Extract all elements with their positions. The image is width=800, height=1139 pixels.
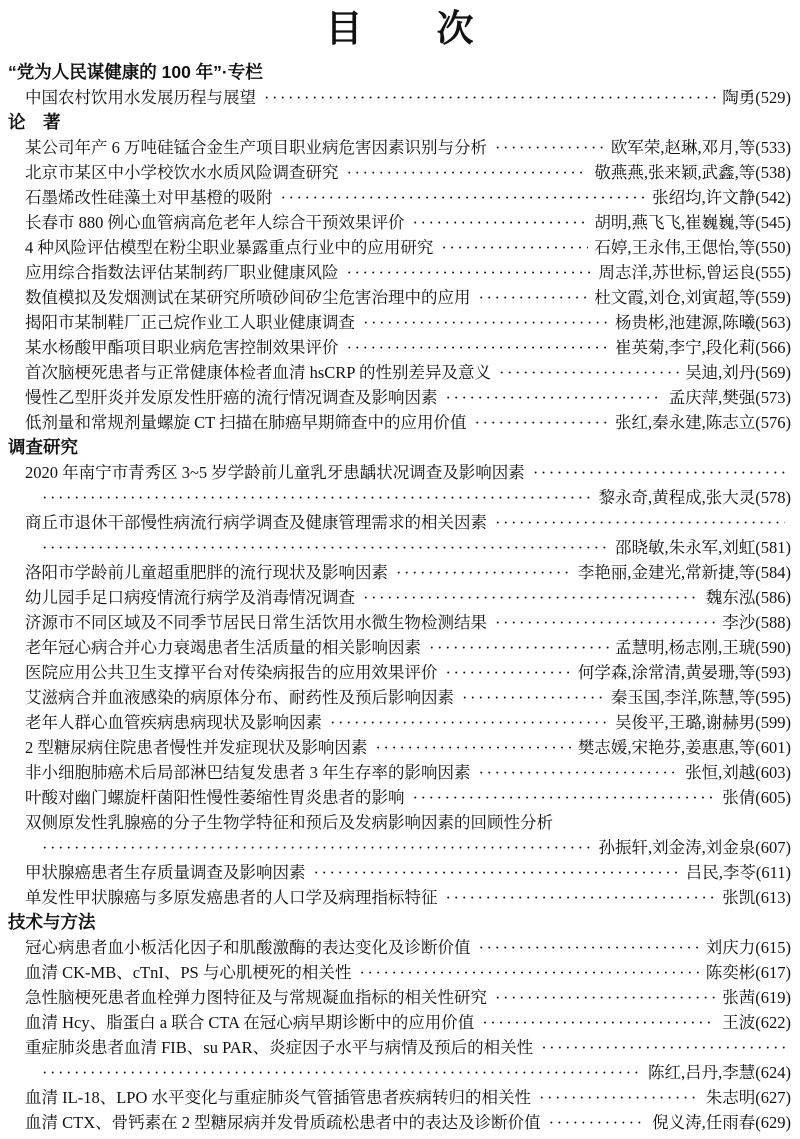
toc-entry: 2 型糖尿病住院患者慢性并发症现状及影响因素··················… — [8, 735, 791, 760]
toc-entry: 医院应用公共卫生支撑平台对传染病报告的应用效果评价···············… — [8, 660, 791, 685]
toc-entry: 4 种风险评估模型在粉尘职业暴露重点行业中的应用研究··············… — [8, 235, 791, 260]
dot-leader: ········································… — [347, 160, 589, 185]
dot-leader: ········································… — [539, 1085, 700, 1110]
entry-title: 急性脑梗死患者血栓弹力图特征及与常规凝血指标的相关性研究 — [25, 985, 487, 1010]
toc-entry: 血清 CTX、骨钙素在 2 型糖尿病并发骨质疏松患者中的表达及诊断价值·····… — [8, 1110, 791, 1135]
dot-leader: ········································… — [446, 885, 717, 910]
toc-entry: 艾滋病合并血液感染的病原体分布、耐药性及预后影响因素··············… — [8, 685, 791, 710]
dot-leader: ········································… — [475, 410, 609, 435]
toc-entry: 揭阳市某制鞋厂正己烷作业工人职业健康调查····················… — [8, 310, 791, 335]
entry-title: 冠心病患者血小板活化因子和肌酸激酶的表达变化及诊断价值 — [25, 935, 471, 960]
dot-leader: ········································… — [363, 585, 700, 610]
toc-entry: 应用综合指数法评估某制药厂职业健康风险·····················… — [8, 260, 791, 285]
dot-leader: ········································… — [533, 460, 785, 485]
toc-entry: 石墨烯改性硅藻土对甲基橙的吸附·························… — [8, 185, 791, 210]
entry-title: 2020 年南宁市青秀区 3~5 岁学龄前儿童乳牙患龋状况调查及影响因素 — [25, 460, 525, 485]
toc-section: 技术与方法冠心病患者血小板活化因子和肌酸激酶的表达变化及诊断价值········… — [8, 910, 791, 1135]
entry-authors-page: 石婷,王永伟,王偲怡,等(550) — [594, 235, 791, 260]
entry-authors-page: 崔英菊,李宁,段化莉(566) — [615, 335, 791, 360]
toc-entry: 重症肺炎患者血清 FIB、su PAR、炎症因子水平与病情及预后的相关性····… — [8, 1035, 791, 1085]
entry-title: 重症肺炎患者血清 FIB、su PAR、炎症因子水平与病情及预后的相关性 — [25, 1035, 533, 1060]
toc-entry: 某公司年产 6 万吨硅锰合金生产项目职业病危害因素识别与分析··········… — [8, 135, 791, 160]
entry-title: 血清 IL-18、LPO 水平变化与重症肺炎气管插管患者疾病转归的相关性 — [25, 1085, 531, 1110]
entry-title-line: 2020 年南宁市青秀区 3~5 岁学龄前儿童乳牙患龋状况调查及影响因素····… — [8, 460, 791, 485]
entry-authors-page: 杨贵彬,池建源,陈曦(563) — [615, 310, 791, 335]
dot-leader: ········································… — [347, 260, 593, 285]
section-heading: 调查研究 — [8, 435, 791, 460]
entry-authors-line: ········································… — [8, 535, 791, 560]
entry-title: 慢性乙型肝炎并发原发性肝癌的流行情况调查及影响因素 — [25, 385, 438, 410]
dot-leader: ········································… — [359, 960, 699, 985]
section-heading: 论 著 — [8, 110, 791, 135]
entry-authors-page: 魏东泓(586) — [706, 585, 791, 610]
entry-authors-page: 张凯(613) — [722, 885, 791, 910]
entry-authors-page: 张绍均,许文静(542) — [652, 185, 791, 210]
entry-authors-page: 何学森,涂常清,黄晏珊,等(593) — [578, 660, 791, 685]
toc-section: 调查研究2020 年南宁市青秀区 3~5 岁学龄前儿童乳牙患龋状况调查及影响因素… — [8, 435, 791, 910]
entry-authors-line: ········································… — [8, 485, 791, 510]
toc-section: “党为人民谋健康的 100 年”·专栏中国农村饮用水发展历程与展望·······… — [8, 60, 791, 110]
entry-authors-page: 孟庆萍,樊强(573) — [669, 385, 791, 410]
entry-title: 应用综合指数法评估某制药厂职业健康风险 — [25, 260, 339, 285]
entry-title: 商丘市退休干部慢性病流行病学调查及健康管理需求的相关因素 — [25, 510, 487, 535]
entry-authors-page: 吕民,李苓(611) — [686, 860, 791, 885]
dot-leader: ········································… — [495, 135, 605, 160]
dot-leader: ········································… — [462, 685, 605, 710]
toc-entry: 首次脑梗死患者与正常健康体检者血清 hsCRP 的性别差异及意义········… — [8, 360, 791, 385]
entry-title: 叶酸对幽门螺旋杆菌阳性慢性萎缩性胃炎患者的影响 — [25, 785, 405, 810]
dot-leader: ········································… — [42, 535, 609, 560]
entry-authors-page: 秦玉国,李洋,陈慧,等(595) — [611, 685, 791, 710]
toc-entry: 低剂量和常规剂量螺旋 CT 扫描在肺癌早期筛查中的应用价值···········… — [8, 410, 791, 435]
dot-leader: ········································… — [499, 360, 679, 385]
entry-authors-page: 王波(622) — [722, 1010, 791, 1035]
entry-title: 幼儿园手足口病疫情流行病学及消毒情况调查 — [25, 585, 355, 610]
entry-title: 数值模拟及发烟测试在某研究所喷砂间矽尘危害治理中的应用 — [25, 285, 471, 310]
entry-title: 非小细胞肺癌术后局部淋巴结复发患者 3 年生存率的影响因素 — [25, 760, 471, 785]
entry-authors-page: 樊志媛,宋艳芬,姜惠惠,等(601) — [578, 735, 791, 760]
entry-authors-page: 欧军荣,赵琳,邓月,等(533) — [611, 135, 791, 160]
entry-authors-page: 李沙(588) — [722, 610, 791, 635]
toc-sections: “党为人民谋健康的 100 年”·专栏中国农村饮用水发展历程与展望·······… — [8, 60, 791, 1135]
entry-authors-page: 邵晓敏,朱永军,刘虹(581) — [615, 535, 791, 560]
toc-section: 论 著某公司年产 6 万吨硅锰合金生产项目职业病危害因素识别与分析·······… — [8, 110, 791, 435]
entry-title: 2 型糖尿病住院患者慢性并发症现状及影响因素 — [25, 735, 367, 760]
toc-entry: 非小细胞肺癌术后局部淋巴结复发患者 3 年生存率的影响因素···········… — [8, 760, 791, 785]
toc-entry: 某水杨酸甲酯项目职业病危害控制效果评价·····················… — [8, 335, 791, 360]
dot-leader: ········································… — [347, 335, 610, 360]
entry-authors-line: ········································… — [8, 1060, 791, 1085]
entry-title: 中国农村饮用水发展历程与展望 — [25, 85, 256, 110]
dot-leader: ········································… — [281, 185, 647, 210]
entry-title: 艾滋病合并血液感染的病原体分布、耐药性及预后影响因素 — [25, 685, 454, 710]
dot-leader: ········································… — [541, 1035, 785, 1060]
toc-entry: 济源市不同区域及不同季节居民日常生活饮用水微生物检测结果············… — [8, 610, 791, 635]
dot-leader: ········································… — [479, 285, 589, 310]
entry-title: 洛阳市学龄前儿童超重肥胖的流行现状及影响因素 — [25, 560, 388, 585]
dot-leader: ········································… — [264, 85, 716, 110]
dot-leader: ········································… — [413, 210, 589, 235]
dot-leader: ········································… — [314, 860, 680, 885]
entry-authors-page: 陶勇(529) — [722, 85, 791, 110]
dot-leader: ········································… — [42, 1060, 642, 1085]
toc-entry: 老年冠心病合并心力衰竭患者生活质量的相关影响因素················… — [8, 635, 791, 660]
entry-title: 石墨烯改性硅藻土对甲基橙的吸附 — [25, 185, 273, 210]
entry-authors-page: 张茜(619) — [722, 985, 791, 1010]
entry-title: 某公司年产 6 万吨硅锰合金生产项目职业病危害因素识别与分析 — [25, 135, 487, 160]
dot-leader: ········································… — [396, 560, 572, 585]
entry-authors-page: 张红,秦永建,陈志立(576) — [615, 410, 791, 435]
toc-entry: 单发性甲状腺癌与多原发癌患者的人口学及病理指标特征···············… — [8, 885, 791, 910]
dot-leader: ········································… — [479, 760, 680, 785]
entry-authors-page: 黎永奇,黄程成,张大灵(578) — [599, 485, 792, 510]
dot-leader: ········································… — [441, 235, 588, 260]
toc-entry: 2020 年南宁市青秀区 3~5 岁学龄前儿童乳牙患龋状况调查及影响因素····… — [8, 460, 791, 510]
toc-entry: 甲状腺癌患者生存质量调查及影响因素·······················… — [8, 860, 791, 885]
dot-leader: ········································… — [495, 985, 716, 1010]
dot-leader: ········································… — [495, 610, 716, 635]
dot-leader: ········································… — [429, 635, 609, 660]
entry-authors-page: 倪义涛,任雨春(629) — [652, 1110, 791, 1135]
entry-title: 某水杨酸甲酯项目职业病危害控制效果评价 — [25, 335, 339, 360]
entry-title: 血清 CK-MB、cTnI、PS 与心肌梗死的相关性 — [25, 960, 351, 985]
toc-entry: 幼儿园手足口病疫情流行病学及消毒情况调查····················… — [8, 585, 791, 610]
entry-authors-page: 吴俊平,王璐,谢赫男(599) — [615, 710, 791, 735]
toc-entry: 北京市某区中小学校饮水水质风险调查研究·····················… — [8, 160, 791, 185]
toc-entry: 商丘市退休干部慢性病流行病学调查及健康管理需求的相关因素············… — [8, 510, 791, 560]
entry-title: 双侧原发性乳腺癌的分子生物学特征和预后及发病影响因素的回顾性分析 — [25, 810, 553, 835]
toc-page: 目 次 “党为人民谋健康的 100 年”·专栏中国农村饮用水发展历程与展望···… — [0, 0, 800, 1139]
section-heading: “党为人民谋健康的 100 年”·专栏 — [8, 60, 791, 85]
entry-authors-page: 杜文霞,刘仓,刘寅超,等(559) — [594, 285, 791, 310]
entry-title: 揭阳市某制鞋厂正己烷作业工人职业健康调查 — [25, 310, 355, 335]
dot-leader: ········································… — [549, 1110, 647, 1135]
toc-entry: 冠心病患者血小板活化因子和肌酸激酶的表达变化及诊断价值·············… — [8, 935, 791, 960]
entry-authors-page: 陈红,吕丹,李慧(624) — [648, 1060, 791, 1085]
entry-title: 首次脑梗死患者与正常健康体检者血清 hsCRP 的性别差异及意义 — [25, 360, 491, 385]
entry-authors-page: 周志洋,苏世标,曾运良(555) — [599, 260, 792, 285]
toc-entry: 血清 IL-18、LPO 水平变化与重症肺炎气管插管患者疾病转归的相关性····… — [8, 1085, 791, 1110]
page-title: 目 次 — [8, 8, 791, 52]
entry-authors-page: 孟慧明,杨志刚,王琥(590) — [615, 635, 791, 660]
entry-title: 甲状腺癌患者生存质量调查及影响因素 — [25, 860, 306, 885]
entry-authors-page: 张恒,刘越(603) — [685, 760, 791, 785]
section-heading: 技术与方法 — [8, 910, 791, 935]
entry-title: 血清 CTX、骨钙素在 2 型糖尿病并发骨质疏松患者中的表达及诊断价值 — [25, 1110, 541, 1135]
entry-title: 医院应用公共卫生支撑平台对传染病报告的应用效果评价 — [25, 660, 438, 685]
dot-leader: ········································… — [413, 785, 717, 810]
toc-entry: 数值模拟及发烟测试在某研究所喷砂间矽尘危害治理中的应用·············… — [8, 285, 791, 310]
entry-title: 北京市某区中小学校饮水水质风险调查研究 — [25, 160, 339, 185]
entry-authors-page: 胡明,燕飞飞,崔巍巍,等(545) — [594, 210, 791, 235]
toc-entry: 叶酸对幽门螺旋杆菌阳性慢性萎缩性胃炎患者的影响·················… — [8, 785, 791, 810]
dot-leader: ········································… — [375, 735, 572, 760]
dot-leader: ········································… — [446, 660, 572, 685]
dot-leader: ········································… — [42, 485, 593, 510]
entry-authors-page: 陈奕彬(617) — [706, 960, 791, 985]
entry-title-line: 重症肺炎患者血清 FIB、su PAR、炎症因子水平与病情及预后的相关性····… — [8, 1035, 791, 1060]
toc-entry: 急性脑梗死患者血栓弹力图特征及与常规凝血指标的相关性研究············… — [8, 985, 791, 1010]
toc-entry: 双侧原发性乳腺癌的分子生物学特征和预后及发病影响因素的回顾性分析········… — [8, 810, 791, 860]
entry-authors-page: 刘庆力(615) — [706, 935, 791, 960]
toc-entry: 血清 Hcy、脂蛋白 a 联合 CTA 在冠心病早期诊断中的应用价值······… — [8, 1010, 791, 1035]
entry-authors-page: 张倩(605) — [722, 785, 791, 810]
dot-leader: ········································… — [446, 385, 663, 410]
toc-entry: 中国农村饮用水发展历程与展望··························… — [8, 85, 791, 110]
entry-title: 长春市 880 例心血管病高危老年人综合干预效果评价 — [25, 210, 405, 235]
dot-leader: ········································… — [330, 710, 609, 735]
toc-entry: 洛阳市学龄前儿童超重肥胖的流行现状及影响因素··················… — [8, 560, 791, 585]
entry-title: 济源市不同区域及不同季节居民日常生活饮用水微生物检测结果 — [25, 610, 487, 635]
entry-authors-page: 李艳丽,金建光,常新捷,等(584) — [578, 560, 791, 585]
toc-entry: 血清 CK-MB、cTnI、PS 与心肌梗死的相关性··············… — [8, 960, 791, 985]
dot-leader: ········································… — [363, 310, 609, 335]
entry-authors-page: 孙振轩,刘金涛,刘金泉(607) — [599, 835, 792, 860]
toc-entry: 慢性乙型肝炎并发原发性肝癌的流行情况调查及影响因素···············… — [8, 385, 791, 410]
entry-title-line: 双侧原发性乳腺癌的分子生物学特征和预后及发病影响因素的回顾性分析 — [8, 810, 791, 835]
entry-authors-page: 朱志明(627) — [706, 1085, 791, 1110]
entry-title-line: 商丘市退休干部慢性病流行病学调查及健康管理需求的相关因素············… — [8, 510, 791, 535]
entry-title: 老年人群心血管疾病患病现状及影响因素 — [25, 710, 322, 735]
entry-authors-page: 敬燕燕,张来颖,武鑫,等(538) — [594, 160, 791, 185]
entry-title: 4 种风险评估模型在粉尘职业暴露重点行业中的应用研究 — [25, 235, 433, 260]
entry-title: 单发性甲状腺癌与多原发癌患者的人口学及病理指标特征 — [25, 885, 438, 910]
dot-leader: ········································… — [482, 1010, 716, 1035]
dot-leader: ········································… — [479, 935, 700, 960]
toc-entry: 老年人群心血管疾病患病现状及影响因素······················… — [8, 710, 791, 735]
entry-authors-page: 吴迪,刘丹(569) — [685, 360, 791, 385]
entry-authors-line: ········································… — [8, 835, 791, 860]
entry-title: 老年冠心病合并心力衰竭患者生活质量的相关影响因素 — [25, 635, 421, 660]
toc-entry: 长春市 880 例心血管病高危老年人综合干预效果评价··············… — [8, 210, 791, 235]
entry-title: 血清 Hcy、脂蛋白 a 联合 CTA 在冠心病早期诊断中的应用价值 — [25, 1010, 474, 1035]
dot-leader: ········································… — [42, 835, 593, 860]
entry-title: 低剂量和常规剂量螺旋 CT 扫描在肺癌早期筛查中的应用价值 — [25, 410, 467, 435]
dot-leader: ········································… — [495, 510, 785, 535]
